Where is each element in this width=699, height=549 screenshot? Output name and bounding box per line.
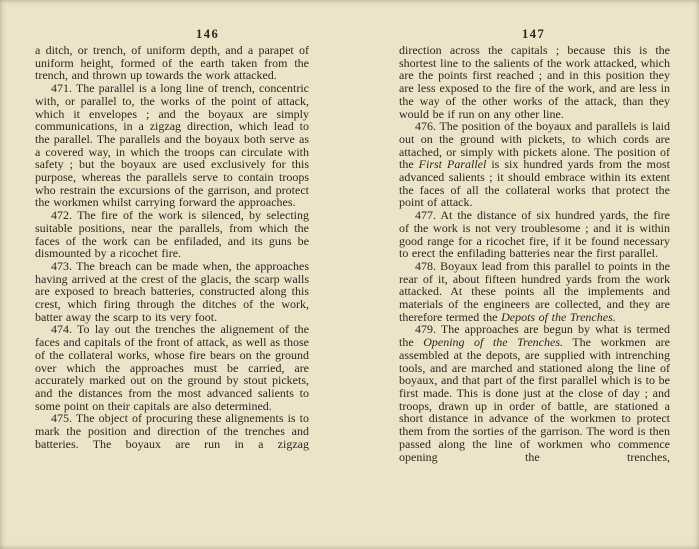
body-text: direction across the capitals ; because … — [399, 43, 670, 121]
paragraph: 473. The breach can be made when, the ap… — [35, 260, 309, 324]
paragraph: 471. The parallel is a long line of tren… — [35, 82, 309, 209]
body-text: 474. To lay out the trenches the alignem… — [35, 322, 309, 412]
body-text: The workmen are assembled at the depots,… — [399, 335, 670, 463]
right-page-text-column: direction across the capitals ; because … — [399, 44, 670, 463]
body-text: a ditch, or trench, of uniform depth, an… — [35, 43, 309, 82]
paragraph: 472. The fire of the work is silenced, b… — [35, 209, 309, 260]
paragraph: 479. The approaches are begun by what is… — [399, 323, 670, 463]
page-number-left: 146 — [196, 27, 219, 42]
paragraph: 474. To lay out the trenches the alignem… — [35, 323, 309, 412]
paragraph: 476. The position of the boyaux and para… — [399, 120, 670, 209]
body-text: 475. The object of procuring these align… — [35, 411, 309, 450]
paragraph: 475. The object of procuring these align… — [35, 412, 309, 450]
page-number-right: 147 — [522, 27, 545, 42]
body-text: 473. The breach can be made when, the ap… — [35, 259, 309, 324]
paragraph: direction across the capitals ; because … — [399, 44, 670, 120]
paragraph: 478. Boyaux lead from this parallel to p… — [399, 260, 670, 324]
body-text: 472. The fire of the work is silenced, b… — [35, 208, 309, 260]
body-text: 471. The parallel is a long line of tren… — [35, 81, 309, 209]
body-text: 477. At the distance of six hundred yard… — [399, 208, 670, 260]
paragraph: a ditch, or trench, of uniform depth, an… — [35, 44, 309, 82]
left-page-text-column: a ditch, or trench, of uniform depth, an… — [35, 44, 309, 451]
paragraph: 477. At the distance of six hundred yard… — [399, 209, 670, 260]
scanned-book-spread: { "colors": { "paper": "#ece4c8", "ink":… — [0, 0, 699, 549]
